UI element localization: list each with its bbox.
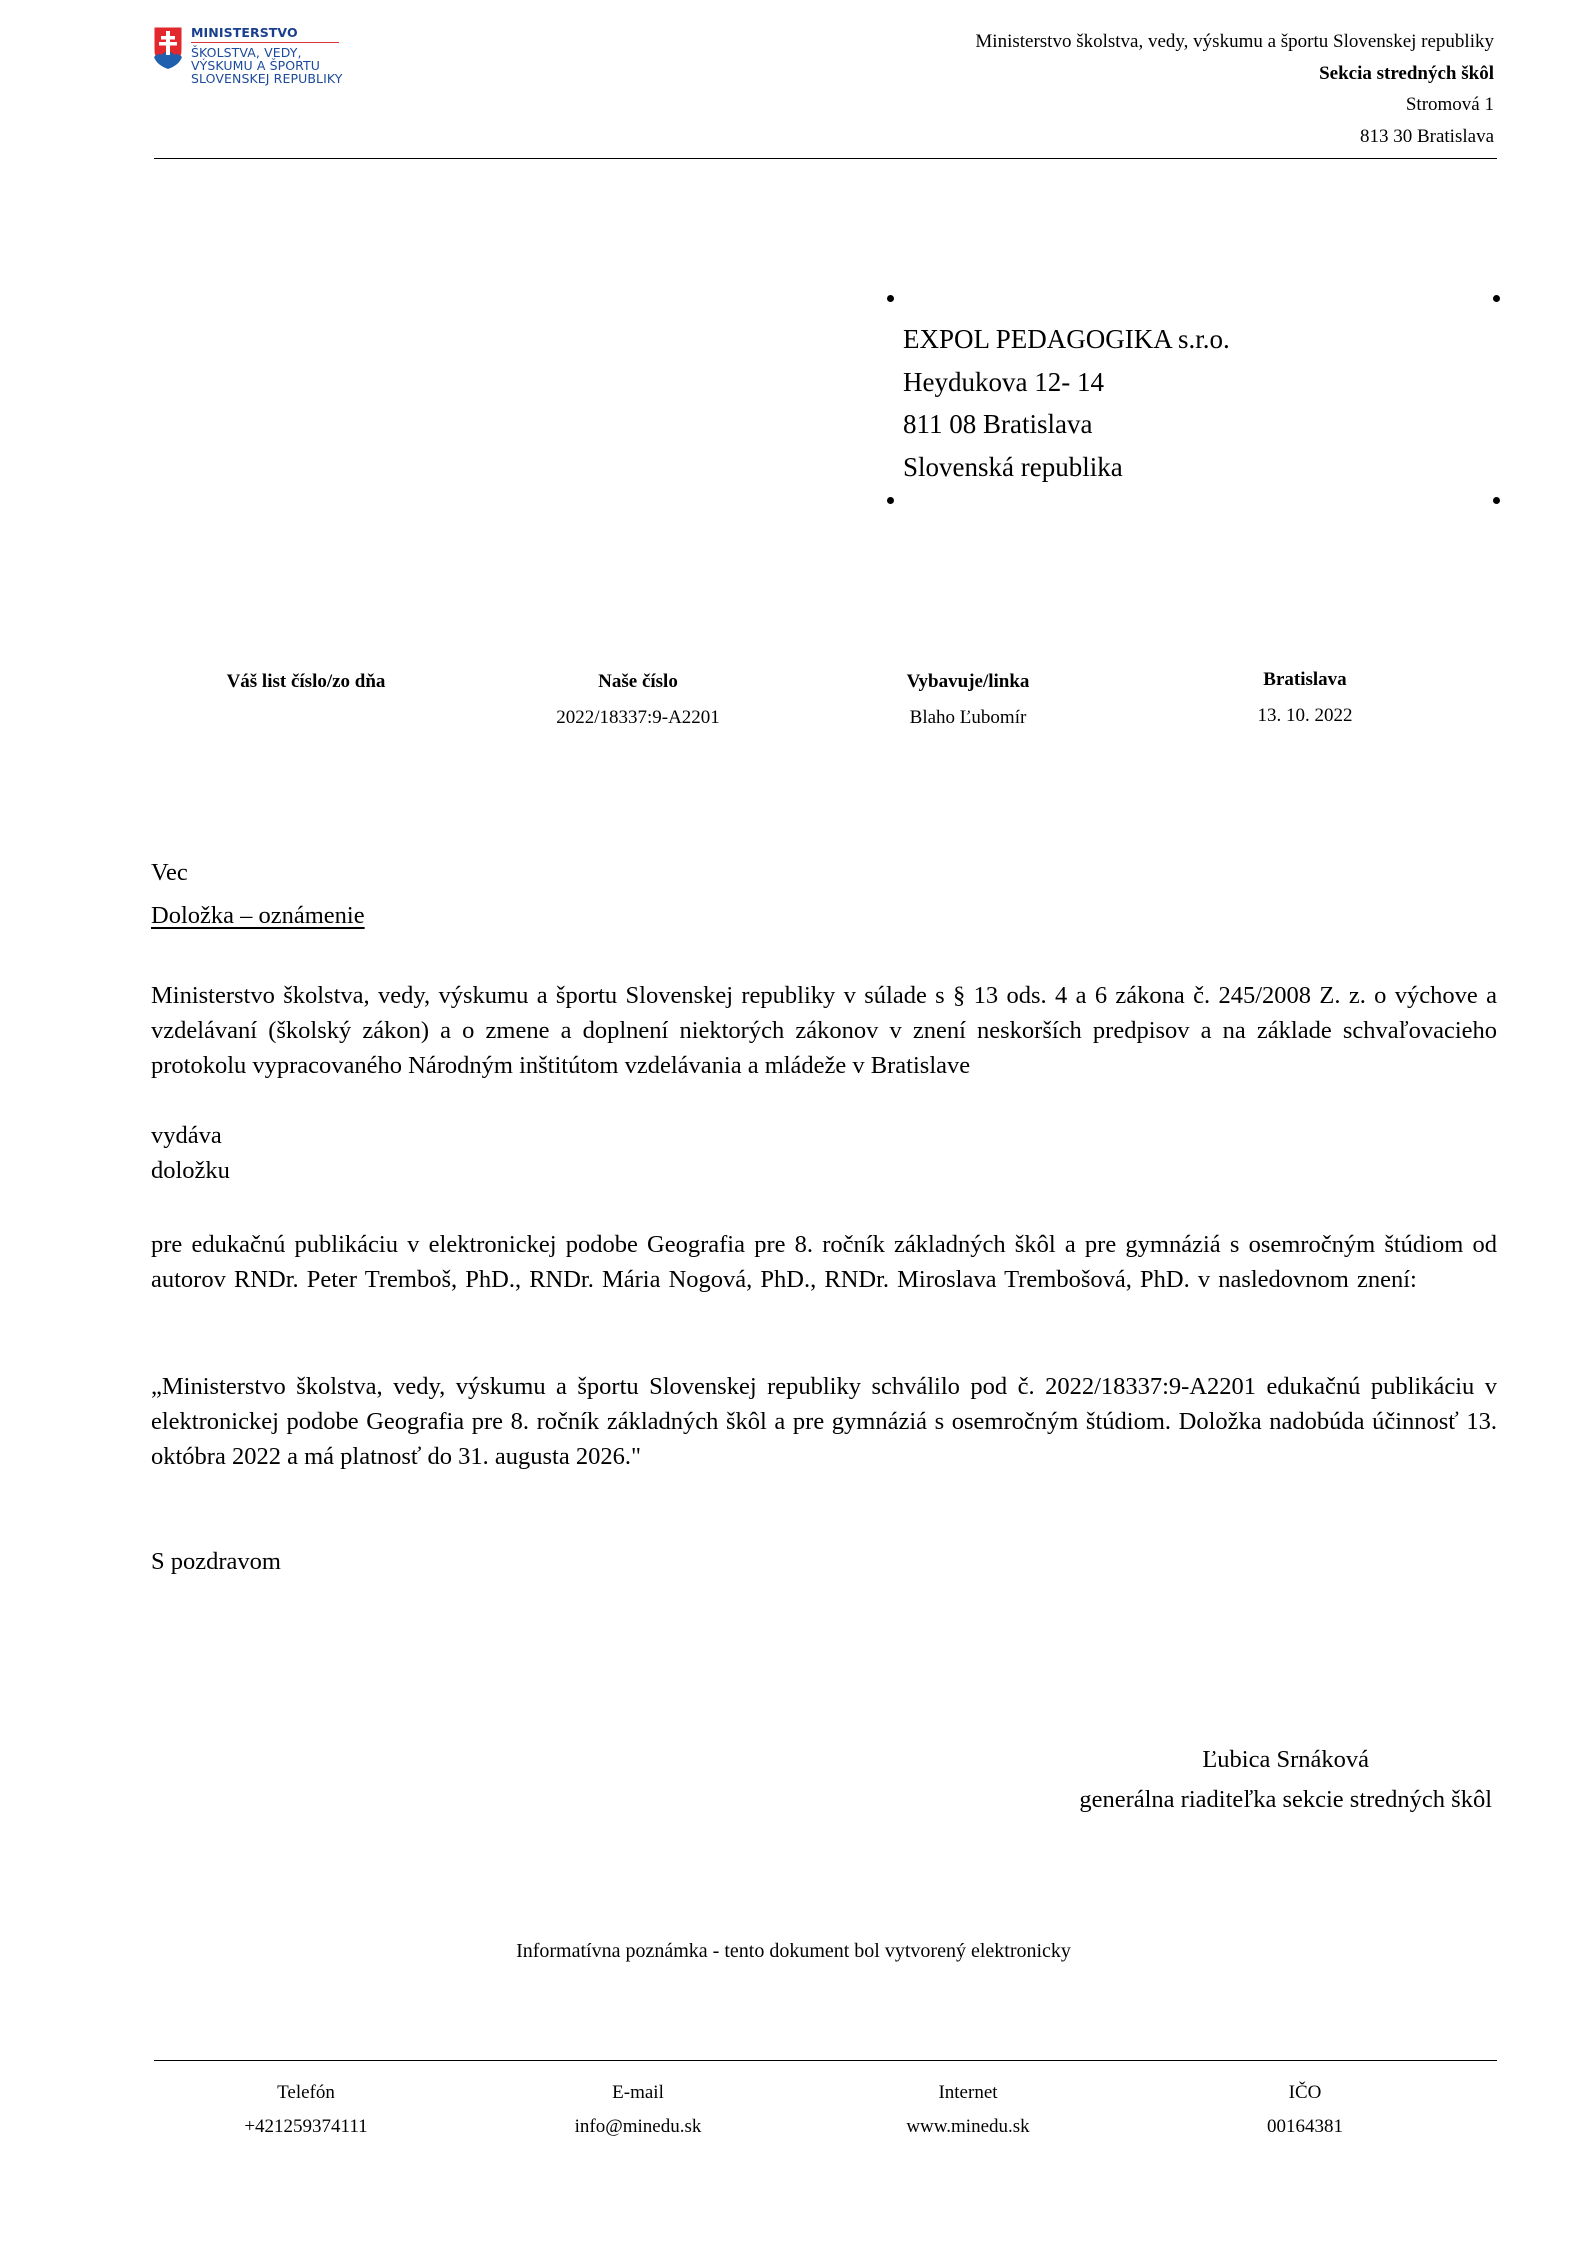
subject-label: Vec bbox=[151, 855, 1497, 890]
issues-line-1: vydáva bbox=[151, 1118, 1497, 1153]
footer-email: E-mail info@minedu.sk bbox=[488, 2076, 788, 2144]
footer-ico: IČO 00164381 bbox=[1155, 2076, 1455, 2144]
signatory-name: Ľubica Srnáková bbox=[1079, 1740, 1492, 1780]
ref-your-letter: Váš list číslo/zo dňa bbox=[156, 664, 456, 700]
subject-title: Doložka – oznámenie bbox=[151, 902, 365, 929]
ref-handled-by-label: Vybavuje/linka bbox=[818, 664, 1118, 700]
sender-section: Sekcia stredných škôl bbox=[975, 58, 1494, 90]
ref-our-number-value: 2022/18337:9-A2201 bbox=[488, 700, 788, 736]
footer-phone: Telefón +421259374111 bbox=[156, 2076, 456, 2144]
slovak-coat-of-arms-icon bbox=[153, 26, 183, 70]
ref-date-value: 13. 10. 2022 bbox=[1155, 698, 1455, 734]
recipient-city: 811 08 Bratislava bbox=[903, 403, 1230, 446]
recipient-country: Slovenská republika bbox=[903, 446, 1230, 489]
ref-place-date: Bratislava 13. 10. 2022 bbox=[1155, 662, 1455, 734]
address-window-mark-top-left bbox=[887, 295, 894, 302]
recipient-address: EXPOL PEDAGOGIKA s.r.o. Heydukova 12- 14… bbox=[903, 318, 1230, 488]
ref-place-label: Bratislava bbox=[1155, 662, 1455, 698]
ref-our-number-label: Naše číslo bbox=[488, 664, 788, 700]
footer-ico-label: IČO bbox=[1155, 2076, 1455, 2110]
footer-phone-value: +421259374111 bbox=[156, 2110, 456, 2144]
signatory-title: generálna riaditeľka sekcie stredných šk… bbox=[1079, 1780, 1492, 1820]
body-paragraph-2: pre edukačnú publikáciu v elektronickej … bbox=[151, 1227, 1497, 1297]
ministry-logo: MINISTERSTVO ŠKOLSTVA, VEDY, VÝSKUMU A Š… bbox=[153, 26, 353, 88]
ref-our-number: Naše číslo 2022/18337:9-A2201 bbox=[488, 664, 788, 736]
footer-email-label: E-mail bbox=[488, 2076, 788, 2110]
body-paragraph-1: Ministerstvo školstva, vedy, výskumu a š… bbox=[151, 978, 1497, 1083]
footer-internet: Internet www.minedu.sk bbox=[818, 2076, 1118, 2144]
address-window-mark-bottom-left bbox=[887, 497, 894, 504]
recipient-street: Heydukova 12- 14 bbox=[903, 361, 1230, 404]
sender-address: Ministerstvo školstva, vedy, výskumu a š… bbox=[975, 26, 1494, 152]
closing-greeting: S pozdravom bbox=[151, 1544, 1497, 1579]
ref-handled-by-value: Blaho Ľubomír bbox=[818, 700, 1118, 736]
header-divider bbox=[154, 158, 1497, 159]
issues-line-2: doložku bbox=[151, 1153, 1497, 1188]
sender-organization: Ministerstvo školstva, vedy, výskumu a š… bbox=[975, 26, 1494, 58]
logo-line-1: MINISTERSTVO bbox=[191, 26, 339, 43]
address-window-mark-bottom-right bbox=[1493, 497, 1500, 504]
ref-handled-by: Vybavuje/linka Blaho Ľubomír bbox=[818, 664, 1118, 736]
footer-divider bbox=[154, 2060, 1497, 2061]
recipient-name: EXPOL PEDAGOGIKA s.r.o. bbox=[903, 318, 1230, 361]
address-window-mark-top-right bbox=[1493, 295, 1500, 302]
footer-internet-value: www.minedu.sk bbox=[818, 2110, 1118, 2144]
subject-title-wrap: Doložka – oznámenie bbox=[151, 898, 1497, 933]
footer-internet-label: Internet bbox=[818, 2076, 1118, 2110]
footer-ico-value: 00164381 bbox=[1155, 2110, 1455, 2144]
footer-phone-label: Telefón bbox=[156, 2076, 456, 2110]
sender-city: 813 30 Bratislava bbox=[975, 121, 1494, 153]
electronic-document-note: Informatívna poznámka - tento dokument b… bbox=[0, 1940, 1587, 1963]
sender-street: Stromová 1 bbox=[975, 89, 1494, 121]
logo-line-4: SLOVENSKEJ REPUBLIKY bbox=[191, 72, 342, 85]
footer-email-value: info@minedu.sk bbox=[488, 2110, 788, 2144]
ref-your-letter-label: Váš list číslo/zo dňa bbox=[156, 664, 456, 700]
signature-block: Ľubica Srnáková generálna riaditeľka sek… bbox=[1079, 1740, 1492, 1820]
approval-quote: „Ministerstvo školstva, vedy, výskumu a … bbox=[151, 1369, 1497, 1474]
